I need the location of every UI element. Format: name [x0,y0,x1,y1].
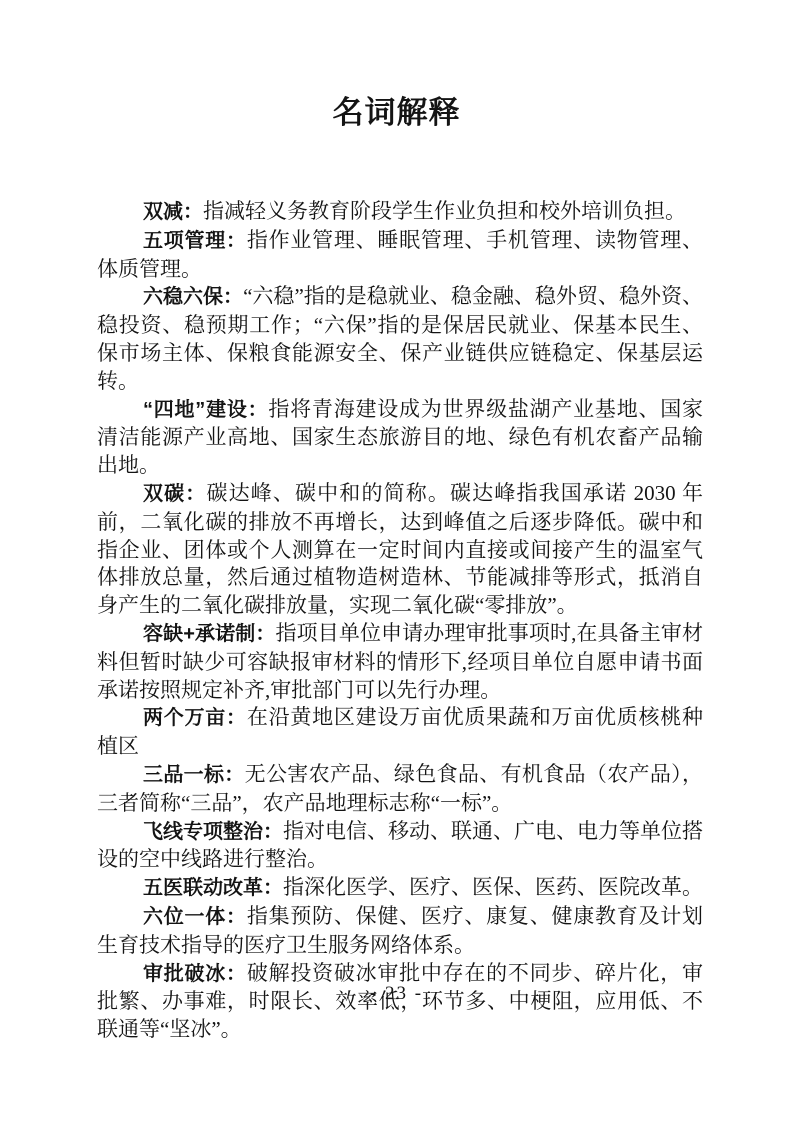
term-paragraph: 双减：指减轻义务教育阶段学生作业负担和校外培训负担。 [97,198,703,227]
term-definition: 指深化医学、医疗、医保、医药、医院改革。 [283,875,703,899]
term-paragraph: 两个万亩：在沿黄地区建设万亩优质果蔬和万亩优质核桃种植区 [97,704,703,761]
term-paragraph: 五项管理：指作业管理、睡眠管理、手机管理、读物管理、体质管理。 [97,227,703,284]
term-label: 容缺+承诺制： [143,623,275,645]
term-label: 飞线专项整治： [143,821,283,843]
term-label: 双减： [143,201,203,223]
term-paragraph: 容缺+承诺制：指项目单位申请办理审批事项时,在具备主审材料但暂时缺少可容缺报审材… [97,620,703,704]
term-label: 六稳六保： [143,286,243,308]
term-label: “四地”建设： [143,399,268,421]
term-paragraph: 三品一标：无公害农产品、绿色食品、有机食品（农产品），三者简称“三品”，农产品地… [97,761,703,818]
term-label: 三品一标： [143,764,245,786]
term-paragraph: 五医联动改革：指深化医学、医疗、医保、医药、医院改革。 [97,874,703,903]
document-page: 名词解释 双减：指减轻义务教育阶段学生作业负担和校外培训负担。五项管理：指作业管… [0,0,793,1122]
term-paragraph: 六稳六保：“六稳”指的是稳就业、稳金融、稳外贸、稳外资、稳投资、稳预期工作；“六… [97,283,703,395]
terms-list: 双减：指减轻义务教育阶段学生作业负担和校外培训负担。五项管理：指作业管理、睡眠管… [97,198,703,1044]
term-label: 六位一体： [143,906,247,928]
term-label: 五医联动改革： [143,877,283,899]
page-number: - 23 - [0,982,793,1006]
term-label: 两个万亩： [143,707,247,729]
term-definition: 指减轻义务教育阶段学生作业负担和校外培训负担。 [203,199,686,223]
term-label: 五项管理： [143,230,247,252]
term-paragraph: 六位一体：指集预防、保健、医疗、康复、健康教育及计划生育技术指导的医疗卫生服务网… [97,903,703,960]
page-title: 名词解释 [0,93,793,133]
term-paragraph: 飞线专项整治：指对电信、移动、联通、广电、电力等单位搭设的空中线路进行整治。 [97,818,703,875]
term-paragraph: “四地”建设：指将青海建设成为世界级盐湖产业基地、国家清洁能源产业高地、国家生态… [97,396,703,480]
term-label: 双碳： [143,483,206,505]
term-paragraph: 双碳：碳达峰、碳中和的简称。碳达峰指我国承诺 2030 年前，二氧化碳的排放不再… [97,480,703,620]
